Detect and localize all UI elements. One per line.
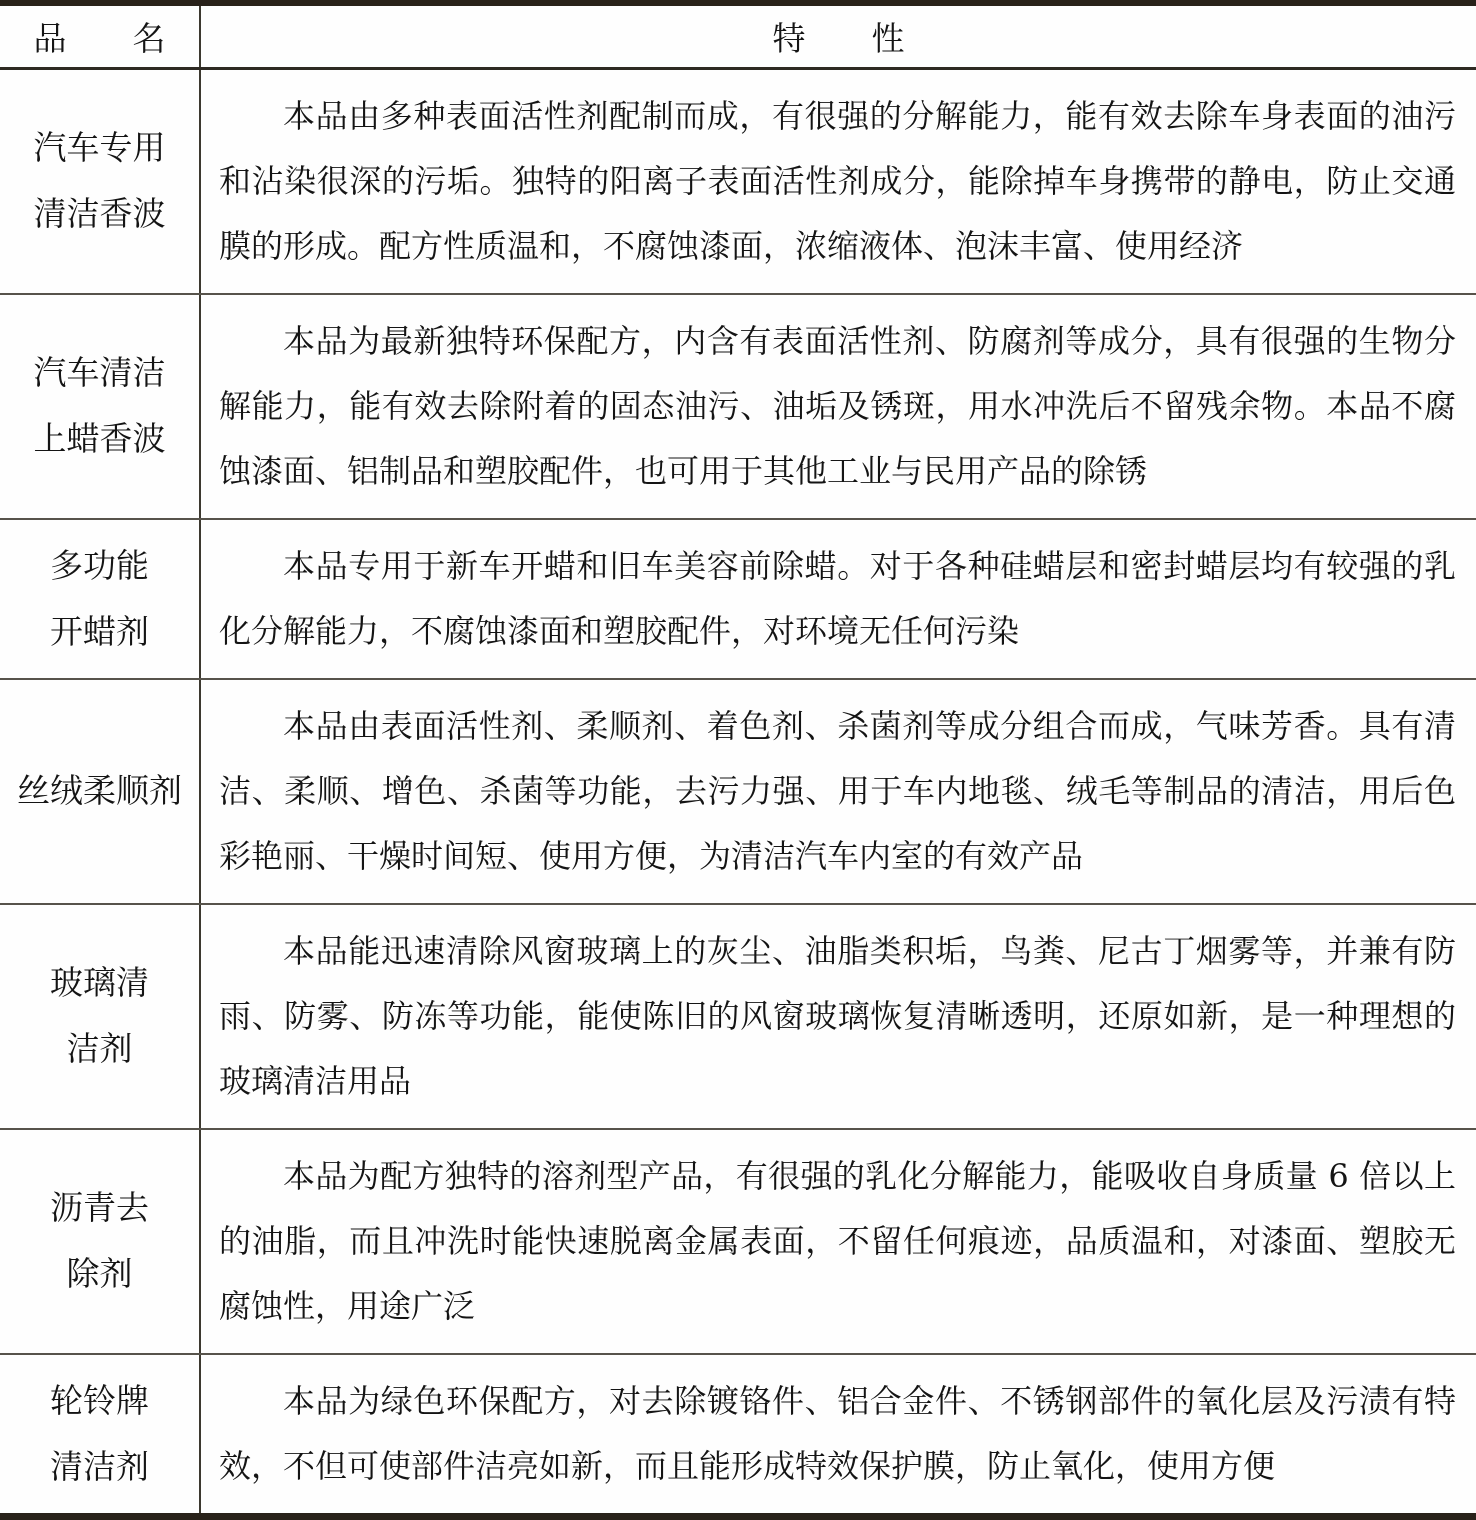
product-description-cell: 本品由多种表面活性剂配制而成，有很强的分解能力，能有效去除车身表面的油污和沾染很… xyxy=(200,68,1476,294)
table-row: 轮铃牌 清洁剂 本品为绿色环保配方，对去除镀铬件、铝合金件、不锈钢部件的氧化层及… xyxy=(0,1354,1476,1513)
table-body: 汽车专用 清洁香波 本品由多种表面活性剂配制而成，有很强的分解能力，能有效去除车… xyxy=(0,68,1476,1513)
header-product-name: 品 名 xyxy=(0,6,200,68)
header-characteristics: 特 性 xyxy=(200,6,1476,68)
table-row: 玻璃清 洁剂 本品能迅速清除风窗玻璃上的灰尘、油脂类积垢，鸟粪、尼古丁烟雾等，并… xyxy=(0,904,1476,1129)
product-name-cell: 汽车专用 清洁香波 xyxy=(0,68,200,294)
document-page: 品 名 特 性 汽车专用 清洁香波 本品由多种表面活性剂配制而成，有很强的分解能… xyxy=(0,0,1476,1520)
product-name-cell: 多功能 开蜡剂 xyxy=(0,519,200,679)
product-description-cell: 本品为最新独特环保配方，内含有表面活性剂、防腐剂等成分，具有很强的生物分解能力，… xyxy=(200,294,1476,519)
product-name-cell: 玻璃清 洁剂 xyxy=(0,904,200,1129)
table-row: 丝绒柔顺剂 本品由表面活性剂、柔顺剂、着色剂、杀菌剂等成分组合而成，气味芳香。具… xyxy=(0,679,1476,904)
table-row: 多功能 开蜡剂 本品专用于新车开蜡和旧车美容前除蜡。对于各种硅蜡层和密封蜡层均有… xyxy=(0,519,1476,679)
product-description-cell: 本品专用于新车开蜡和旧车美容前除蜡。对于各种硅蜡层和密封蜡层均有较强的乳化分解能… xyxy=(200,519,1476,679)
product-description-cell: 本品由表面活性剂、柔顺剂、着色剂、杀菌剂等成分组合而成，气味芳香。具有清洁、柔顺… xyxy=(200,679,1476,904)
product-description-cell: 本品能迅速清除风窗玻璃上的灰尘、油脂类积垢，鸟粪、尼古丁烟雾等，并兼有防雨、防雾… xyxy=(200,904,1476,1129)
product-description-cell: 本品为绿色环保配方，对去除镀铬件、铝合金件、不锈钢部件的氧化层及污渍有特效，不但… xyxy=(200,1354,1476,1513)
header-row: 品 名 特 性 xyxy=(0,6,1476,68)
product-description-cell: 本品为配方独特的溶剂型产品，有很强的乳化分解能力，能吸收自身质量 6 倍以上的油… xyxy=(200,1129,1476,1354)
table-row: 汽车专用 清洁香波 本品由多种表面活性剂配制而成，有很强的分解能力，能有效去除车… xyxy=(0,68,1476,294)
product-name-cell: 沥青去 除剂 xyxy=(0,1129,200,1354)
product-name-cell: 轮铃牌 清洁剂 xyxy=(0,1354,200,1513)
product-spec-table: 品 名 特 性 汽车专用 清洁香波 本品由多种表面活性剂配制而成，有很强的分解能… xyxy=(0,6,1476,1513)
table-row: 沥青去 除剂 本品为配方独特的溶剂型产品，有很强的乳化分解能力，能吸收自身质量 … xyxy=(0,1129,1476,1354)
table-row: 汽车清洁 上蜡香波 本品为最新独特环保配方，内含有表面活性剂、防腐剂等成分，具有… xyxy=(0,294,1476,519)
product-name-cell: 汽车清洁 上蜡香波 xyxy=(0,294,200,519)
product-name-cell: 丝绒柔顺剂 xyxy=(0,679,200,904)
